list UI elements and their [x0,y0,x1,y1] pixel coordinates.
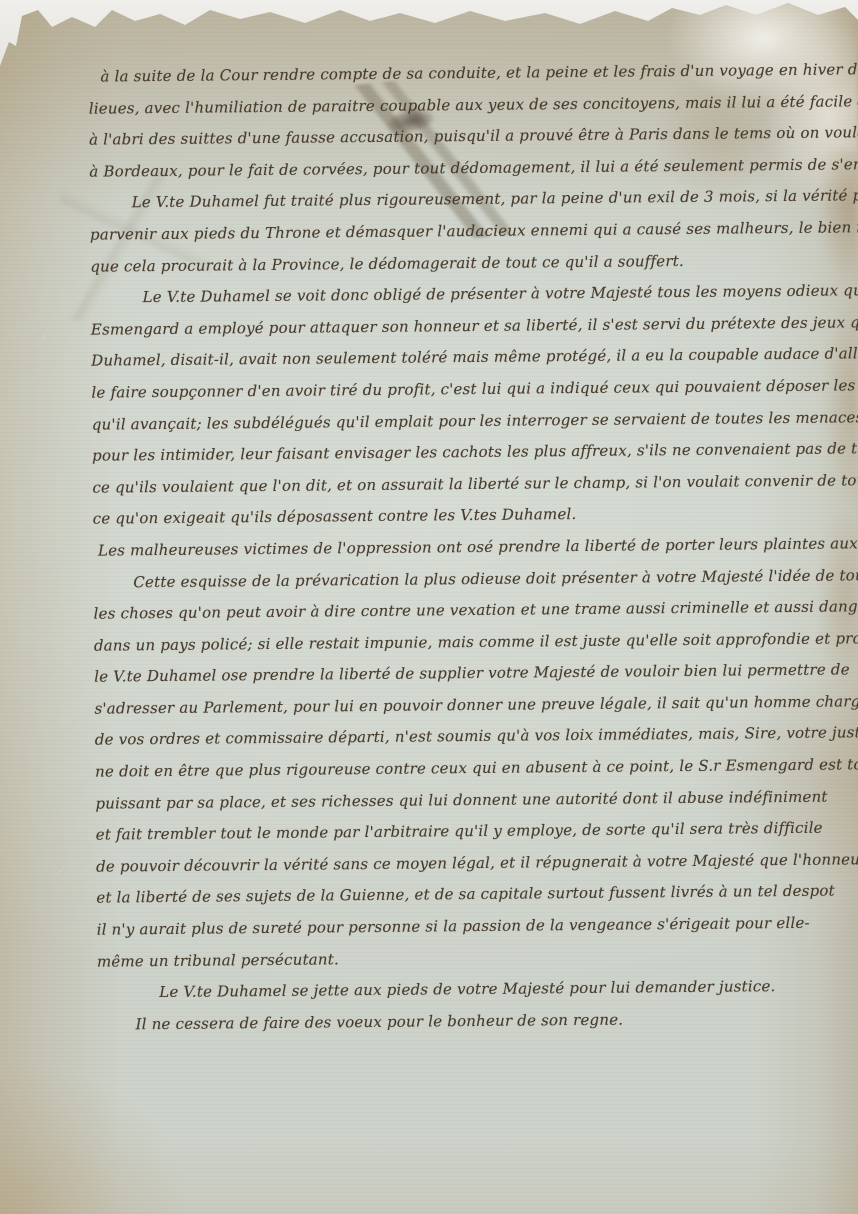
manuscript-page: à la suite de la Cour rendre compte de s… [0,0,858,1214]
manuscript-text: à la suite de la Cour rendre compte de s… [88,54,853,1041]
scan-background: à la suite de la Cour rendre compte de s… [0,0,858,1214]
